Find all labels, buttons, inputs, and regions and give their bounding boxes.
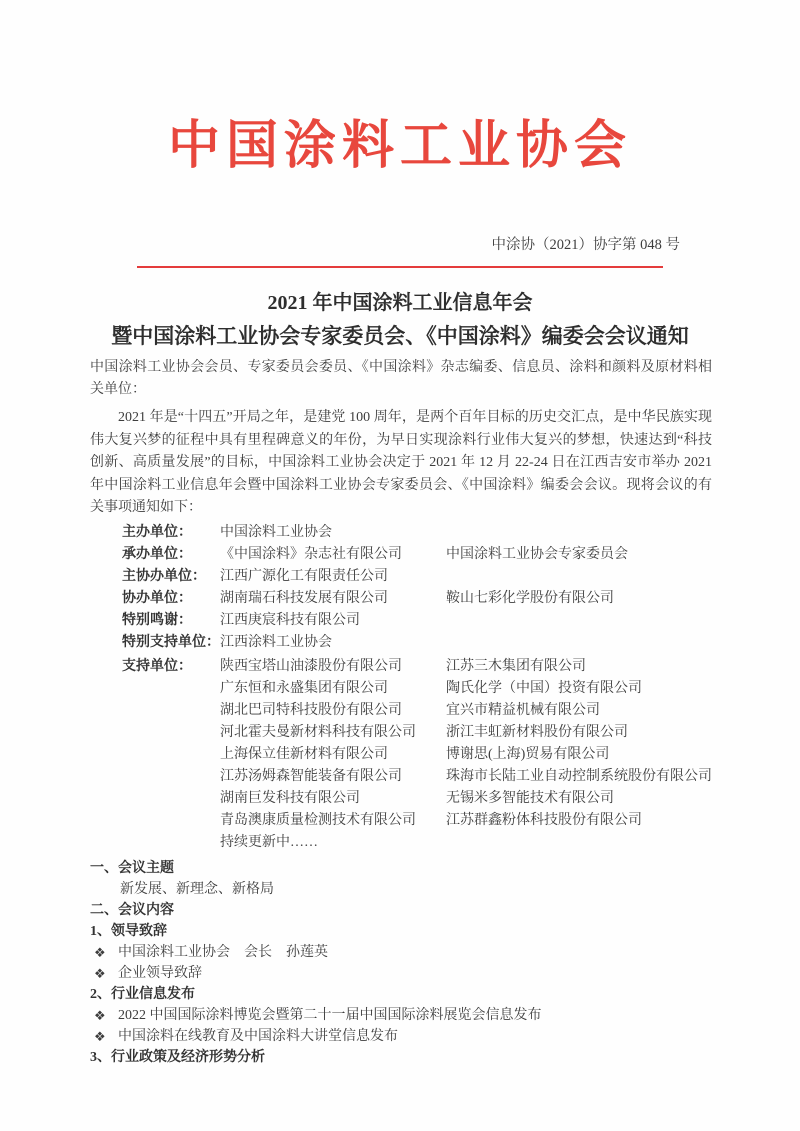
supporter-name-updating: 持续更新中…… — [220, 832, 446, 854]
supporter-name: 陶氏化学（中国）投资有限公司 — [446, 678, 712, 700]
supporter-label — [122, 766, 220, 788]
supporter-name: 江苏汤姆森智能装备有限公司 — [220, 766, 446, 788]
supporter-label — [122, 788, 220, 810]
supporter-row: 湖南巨发科技有限公司 无锡米多智能技术有限公司 — [122, 788, 712, 810]
organizer-name: 江西庚宸科技有限公司 — [220, 610, 446, 632]
supporter-name: 珠海市长陆工业自动控制系统股份有限公司 — [446, 766, 712, 788]
agenda-bullet-item: ❖ 企业领导致辞 — [90, 963, 712, 984]
notice-title-line2: 暨中国涂料工业协会专家委员会、《中国涂料》编委会会议通知 — [0, 321, 800, 351]
letterhead-divider-rule — [137, 266, 663, 268]
agenda-bullet-item: ❖ 中国涂料在线教育及中国涂料大讲堂信息发布 — [90, 1026, 712, 1047]
organizer-name: 鞍山七彩化学股份有限公司 — [446, 588, 712, 610]
supporter-label — [122, 832, 220, 854]
scanned-notice-page: 中国涂料工业协会 中涂协（2021）协字第 048 号 2021 年中国涂料工业… — [0, 0, 800, 1131]
supporter-row: 广东恒和永盛集团有限公司 陶氏化学（中国）投资有限公司 — [122, 678, 712, 700]
organizer-row: 特别鸣谢： 江西庚宸科技有限公司 — [122, 610, 712, 632]
organizer-label: 承办单位： — [122, 544, 220, 566]
agenda-numbered-item: 1、领导致辞 — [90, 921, 712, 942]
organizer-name: 江西涂料工业协会 — [220, 632, 446, 654]
organizer-label: 特别支持单位： — [122, 632, 220, 654]
diamond-bullet-icon: ❖ — [94, 1005, 118, 1026]
organizer-label: 特别鸣谢： — [122, 610, 220, 632]
agenda-section-heading: 二、会议内容 — [90, 900, 712, 921]
agenda: 一、会议主题 新发展、新理念、新格局 二、会议内容 1、领导致辞 ❖ 中国涂料工… — [90, 858, 712, 1068]
supporter-name: 浙江丰虹新材料股份有限公司 — [446, 722, 712, 744]
organizer-row: 主办单位： 中国涂料工业协会 — [122, 522, 712, 544]
organizer-row: 特别支持单位： 江西涂料工业协会 — [122, 632, 712, 654]
supporter-name — [446, 832, 712, 854]
supporter-name: 博谢思(上海)贸易有限公司 — [446, 744, 712, 766]
supporter-name: 江苏群鑫粉体科技股份有限公司 — [446, 810, 712, 832]
supporter-list: 支持单位： 陕西宝塔山油漆股份有限公司 江苏三木集团有限公司 广东恒和永盛集团有… — [122, 656, 712, 854]
agenda-bullet-text: 中国涂料在线教育及中国涂料大讲堂信息发布 — [118, 1026, 398, 1047]
organizer-row: 承办单位： 《中国涂料》杂志社有限公司 中国涂料工业协会专家委员会 — [122, 544, 712, 566]
supporter-name: 广东恒和永盛集团有限公司 — [220, 678, 446, 700]
agenda-numbered-item: 2、行业信息发布 — [90, 984, 712, 1005]
supporter-label — [122, 722, 220, 744]
agenda-theme-text: 新发展、新理念、新格局 — [120, 879, 712, 900]
organizer-label: 主协办单位： — [122, 566, 220, 588]
salutation: 中国涂料工业协会会员、专家委员会委员、《中国涂料》杂志编委、信息员、涂料和颜料及… — [90, 357, 712, 401]
agenda-numbered-item: 3、行业政策及经济形势分析 — [90, 1047, 712, 1068]
supporter-name: 江苏三木集团有限公司 — [446, 656, 712, 678]
supporter-name: 河北霍夫曼新材料科技有限公司 — [220, 722, 446, 744]
organizer-name — [446, 566, 712, 588]
agenda-bullet-item: ❖ 2022 中国国际涂料博览会暨第二十一届中国国际涂料展览会信息发布 — [90, 1005, 712, 1026]
supporter-name: 无锡米多智能技术有限公司 — [446, 788, 712, 810]
supporter-row: 持续更新中…… — [122, 832, 712, 854]
organizer-label: 协办单位： — [122, 588, 220, 610]
organizer-name — [446, 522, 712, 544]
agenda-bullet-text: 企业领导致辞 — [118, 963, 202, 984]
supporter-name: 上海保立佳新材料有限公司 — [220, 744, 446, 766]
organizer-name — [446, 610, 712, 632]
agenda-bullet-text: 中国涂料工业协会 会长 孙莲英 — [118, 942, 328, 963]
supporter-row: 青岛澳康质量检测技术有限公司 江苏群鑫粉体科技股份有限公司 — [122, 810, 712, 832]
supporter-label — [122, 678, 220, 700]
supporter-row: 上海保立佳新材料有限公司 博谢思(上海)贸易有限公司 — [122, 744, 712, 766]
supporter-name: 湖北巴司特科技股份有限公司 — [220, 700, 446, 722]
supporter-row: 湖北巴司特科技股份有限公司 宜兴市精益机械有限公司 — [122, 700, 712, 722]
supporter-name: 湖南巨发科技有限公司 — [220, 788, 446, 810]
supporter-label — [122, 744, 220, 766]
diamond-bullet-icon: ❖ — [94, 1026, 118, 1047]
diamond-bullet-icon: ❖ — [94, 963, 118, 984]
supporter-row: 江苏汤姆森智能装备有限公司 珠海市长陆工业自动控制系统股份有限公司 — [122, 766, 712, 788]
organizer-name: 中国涂料工业协会 — [220, 522, 446, 544]
agenda-bullet-item: ❖ 中国涂料工业协会 会长 孙莲英 — [90, 942, 712, 963]
supporter-name: 宜兴市精益机械有限公司 — [446, 700, 712, 722]
supporter-label — [122, 810, 220, 832]
organizer-name: 《中国涂料》杂志社有限公司 — [220, 544, 446, 566]
organizer-row: 主协办单位： 江西广源化工有限责任公司 — [122, 566, 712, 588]
supporter-row: 河北霍夫曼新材料科技有限公司 浙江丰虹新材料股份有限公司 — [122, 722, 712, 744]
organizer-list: 主办单位： 中国涂料工业协会 承办单位： 《中国涂料》杂志社有限公司 中国涂料工… — [122, 522, 712, 654]
organizer-name: 湖南瑞石科技发展有限公司 — [220, 588, 446, 610]
supporter-name: 陕西宝塔山油漆股份有限公司 — [220, 656, 446, 678]
notice-body: 中国涂料工业协会会员、专家委员会委员、《中国涂料》杂志编委、信息员、涂料和颜料及… — [90, 357, 712, 1068]
supporter-label — [122, 700, 220, 722]
supporter-row: 支持单位： 陕西宝塔山油漆股份有限公司 江苏三木集团有限公司 — [122, 656, 712, 678]
supporter-label: 支持单位： — [122, 656, 220, 678]
letterhead-org-title: 中国涂料工业协会 — [0, 0, 800, 179]
agenda-bullet-text: 2022 中国国际涂料博览会暨第二十一届中国国际涂料展览会信息发布 — [118, 1005, 542, 1026]
doc-number: 中涂协（2021）协字第 048 号 — [0, 237, 800, 254]
organizer-name: 江西广源化工有限责任公司 — [220, 566, 446, 588]
notice-title-line1: 2021 年中国涂料工业信息年会 — [0, 290, 800, 316]
diamond-bullet-icon: ❖ — [94, 942, 118, 963]
supporter-name: 青岛澳康质量检测技术有限公司 — [220, 810, 446, 832]
organizer-row: 协办单位： 湖南瑞石科技发展有限公司 鞍山七彩化学股份有限公司 — [122, 588, 712, 610]
agenda-section-heading: 一、会议主题 — [90, 858, 712, 879]
intro-paragraph: 2021 年是“十四五”开局之年，是建党 100 周年，是两个百年目标的历史交汇… — [90, 407, 712, 520]
organizer-name: 中国涂料工业协会专家委员会 — [446, 544, 712, 566]
organizer-label: 主办单位： — [122, 522, 220, 544]
organizer-name — [446, 632, 712, 654]
